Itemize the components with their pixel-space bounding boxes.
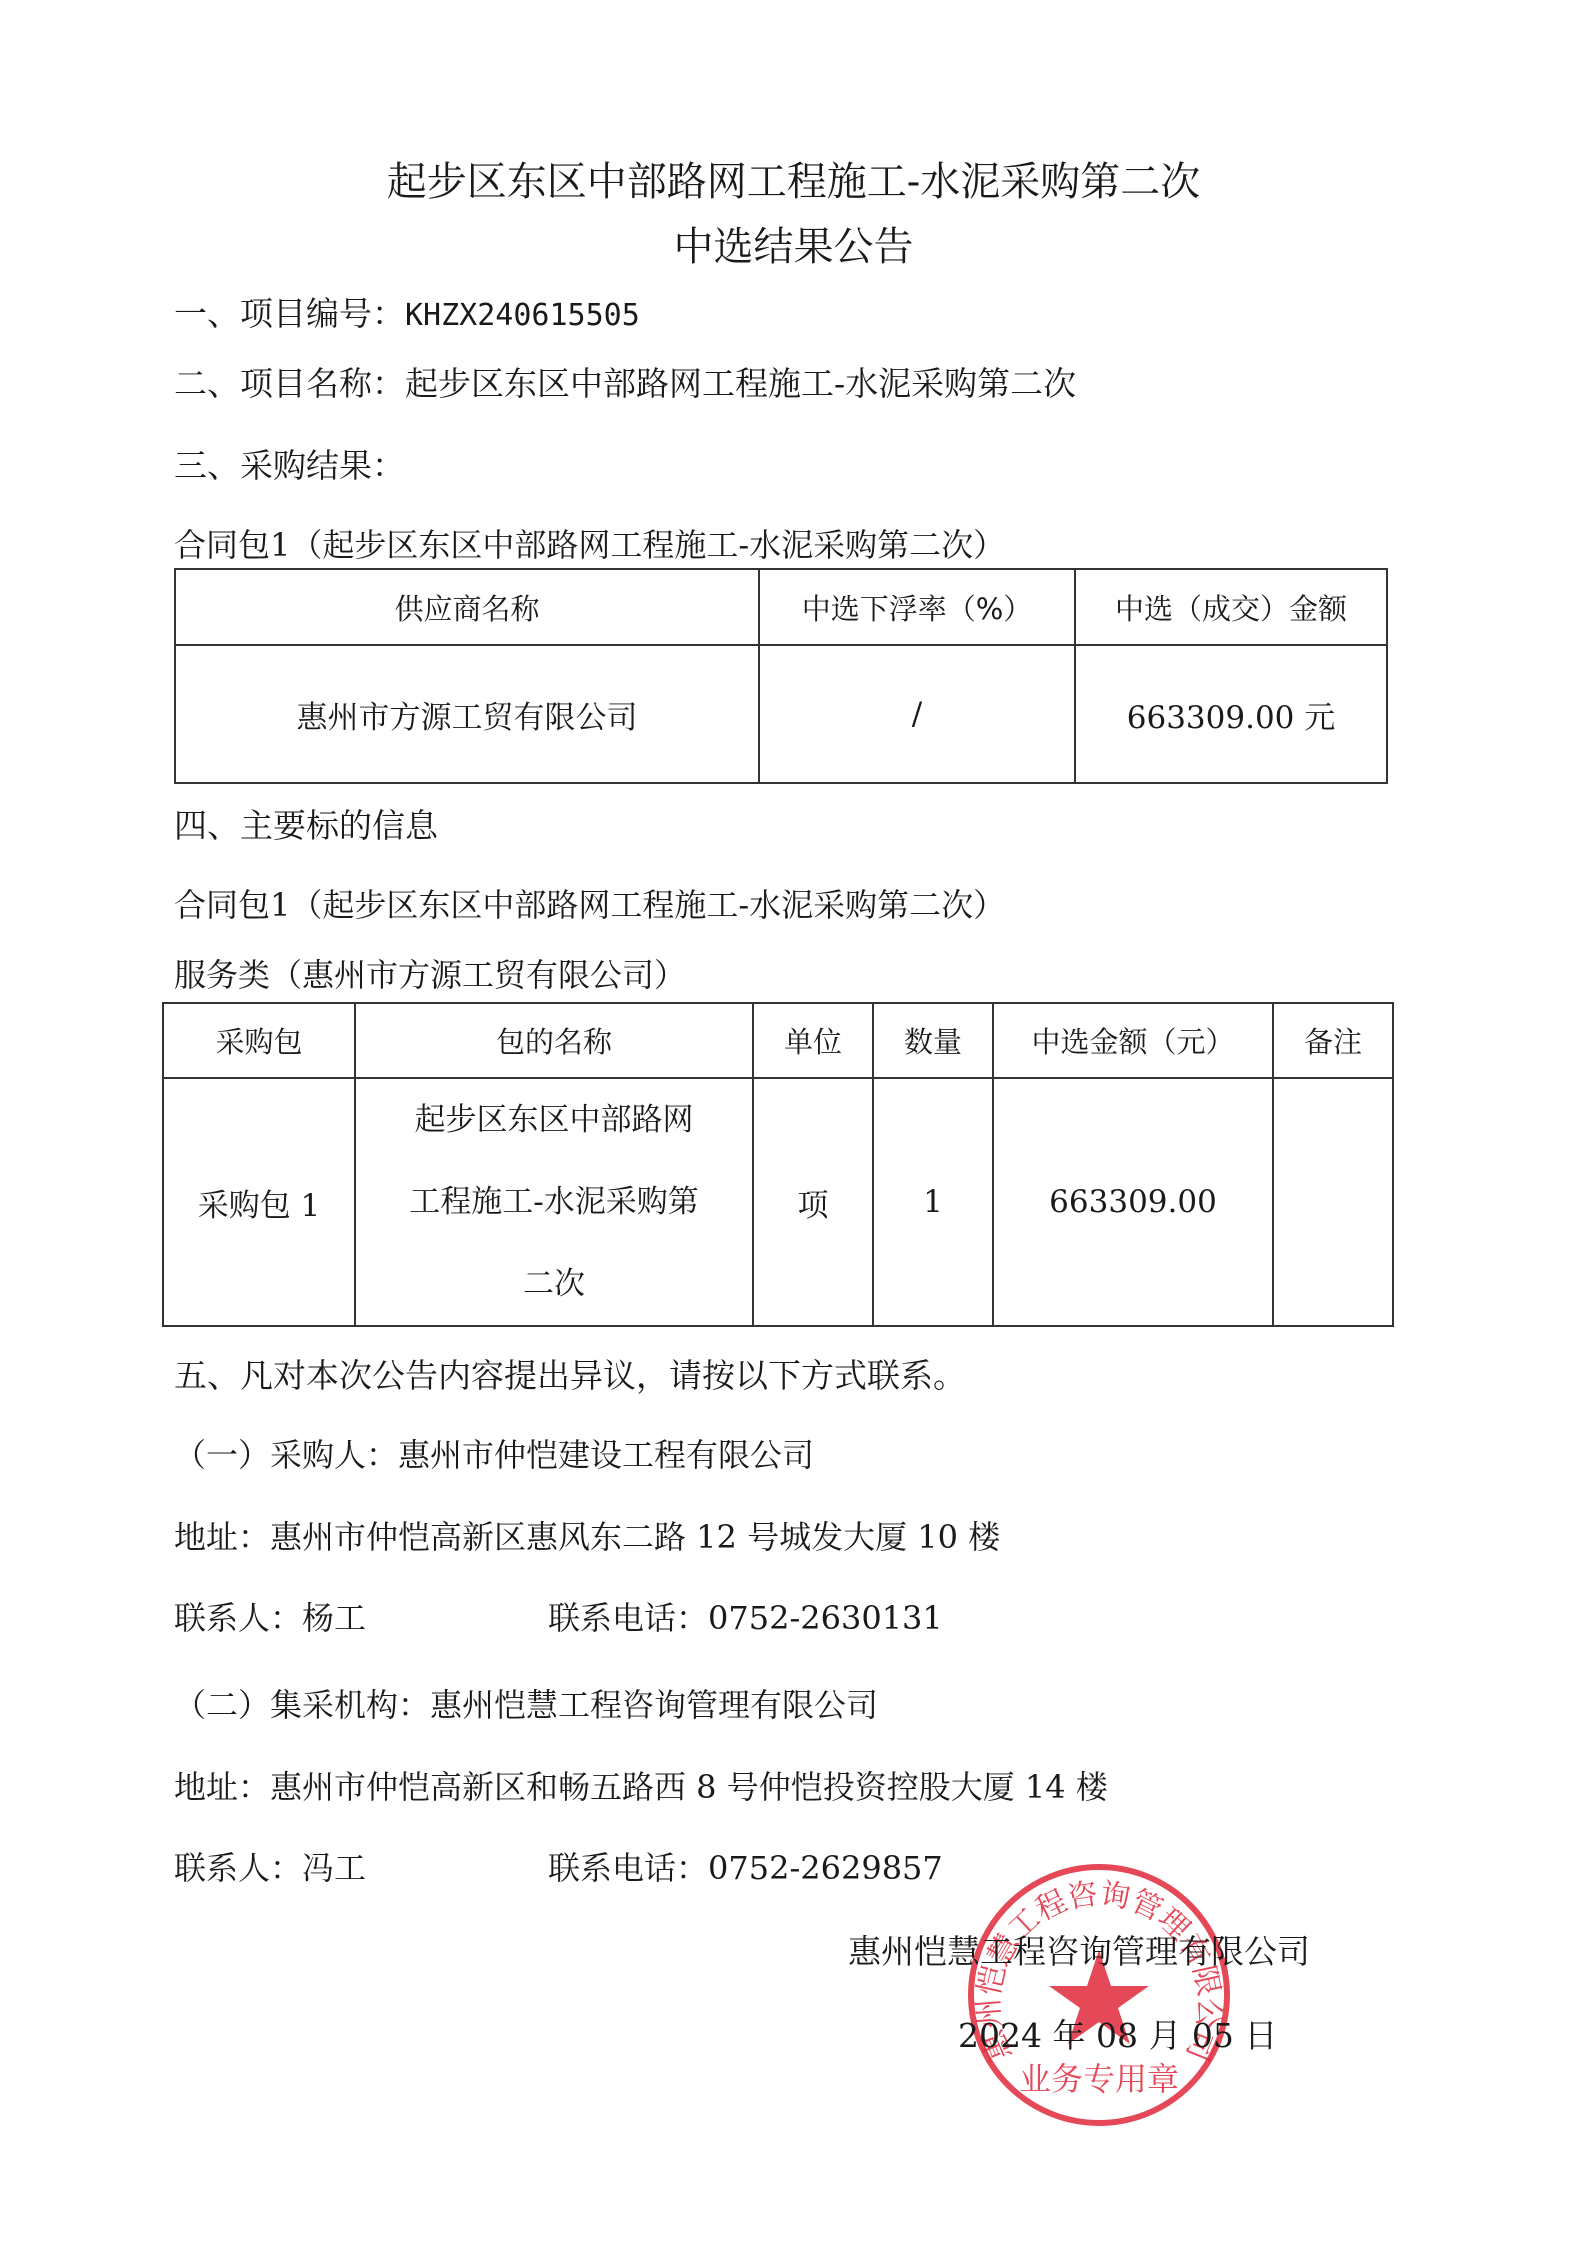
section5-heading: 五、凡对本次公告内容提出异议，请按以下方式联系。 xyxy=(174,1350,966,1397)
header-package: 采购包 xyxy=(163,1003,355,1078)
section4-category: 服务类（惠州市方源工贸有限公司） xyxy=(174,950,686,996)
section3-heading: 三、采购结果： xyxy=(174,440,405,487)
official-seal-icon: 惠州恺慧工程咨询管理有限公司 业务专用章 xyxy=(962,1858,1236,2132)
document-title-line1: 起步区东区中部路网工程施工-水泥采购第二次 xyxy=(0,150,1587,207)
purchaser-label: （一）采购人：惠州市仲恺建设工程有限公司 xyxy=(174,1430,814,1476)
project-number: KHZX240615505 xyxy=(405,298,640,333)
header-supplier: 供应商名称 xyxy=(175,569,759,645)
signature-company: 惠州恺慧工程咨询管理有限公司 xyxy=(848,1926,1310,1973)
header-remarks: 备注 xyxy=(1273,1003,1393,1078)
project-name: 起步区东区中部路网工程施工-水泥采购第二次 xyxy=(405,364,1076,403)
section4-heading: 四、主要标的信息 xyxy=(174,800,438,847)
unit: 项 xyxy=(753,1078,873,1326)
remarks xyxy=(1273,1078,1393,1326)
agency-phone: 联系电话：0752-2629857 xyxy=(548,1843,943,1889)
header-quantity: 数量 xyxy=(873,1003,993,1078)
award-amount: 663309.00 xyxy=(993,1078,1273,1326)
project-name-row: 二、项目名称：起步区东区中部路网工程施工-水泥采购第二次 xyxy=(174,358,1076,405)
supplier-name: 惠州市方源工贸有限公司 xyxy=(175,645,759,783)
package-name-line: 二次 xyxy=(356,1243,752,1325)
section3-package: 合同包1（起步区东区中部路网工程施工-水泥采购第二次） xyxy=(174,520,1005,566)
package-id: 采购包 1 xyxy=(163,1078,355,1326)
item-table: 采购包 包的名称 单位 数量 中选金额（元） 备注 采购包 1 起步区东区中部路… xyxy=(162,1002,1394,1327)
document-title-line2: 中选结果公告 xyxy=(0,215,1587,272)
table-row: 惠州市方源工贸有限公司 / 663309.00 元 xyxy=(175,645,1387,783)
package-name: 起步区东区中部路网 工程施工-水泥采购第 二次 xyxy=(355,1078,753,1326)
header-amount: 中选（成交）金额 xyxy=(1075,569,1387,645)
header-discount-rate: 中选下浮率（%） xyxy=(759,569,1075,645)
header-unit: 单位 xyxy=(753,1003,873,1078)
purchaser-phone: 联系电话：0752-2630131 xyxy=(548,1593,943,1639)
header-package-name: 包的名称 xyxy=(355,1003,753,1078)
signature-date: 2024 年 08 月 05 日 xyxy=(958,2010,1277,2057)
package-name-line: 工程施工-水泥采购第 xyxy=(356,1161,752,1243)
result-table: 供应商名称 中选下浮率（%） 中选（成交）金额 惠州市方源工贸有限公司 / 66… xyxy=(174,568,1388,784)
agency-address: 地址：惠州市仲恺高新区和畅五路西 8 号仲恺投资控股大厦 14 楼 xyxy=(174,1762,1108,1808)
section4-package: 合同包1（起步区东区中部路网工程施工-水泥采购第二次） xyxy=(174,880,1005,926)
seal-bottom-text: 业务专用章 xyxy=(1019,2060,1179,2098)
package-name-line: 起步区东区中部路网 xyxy=(356,1079,752,1161)
award-amount: 663309.00 元 xyxy=(1075,645,1387,783)
agency-contact: 联系人：冯工 xyxy=(174,1843,366,1889)
table-row: 采购包 1 起步区东区中部路网 工程施工-水泥采购第 二次 项 1 663309… xyxy=(163,1078,1393,1326)
project-number-label: 一、项目编号： xyxy=(174,294,405,333)
item-table-header: 采购包 包的名称 单位 数量 中选金额（元） 备注 xyxy=(163,1003,1393,1078)
agency-label: （二）集采机构：惠州恺慧工程咨询管理有限公司 xyxy=(174,1680,878,1726)
header-award-amount: 中选金额（元） xyxy=(993,1003,1273,1078)
project-name-label: 二、项目名称： xyxy=(174,364,405,403)
project-number-row: 一、项目编号：KHZX240615505 xyxy=(174,288,640,335)
purchaser-address: 地址：惠州市仲恺高新区惠风东二路 12 号城发大厦 10 楼 xyxy=(174,1512,1000,1558)
purchaser-contact: 联系人：杨工 xyxy=(174,1593,366,1639)
result-table-header: 供应商名称 中选下浮率（%） 中选（成交）金额 xyxy=(175,569,1387,645)
quantity: 1 xyxy=(873,1078,993,1326)
discount-rate: / xyxy=(759,645,1075,783)
